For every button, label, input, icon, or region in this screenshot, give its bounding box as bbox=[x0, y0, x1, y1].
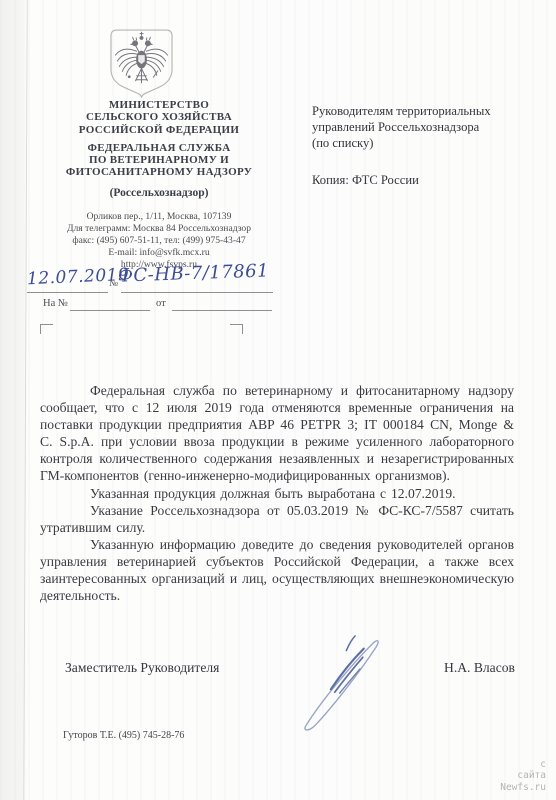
handwritten-signature bbox=[296, 631, 388, 733]
recipient-line: управлений Россельхознадзора bbox=[312, 119, 532, 135]
recipient-block: Руководителям территориальных управлений… bbox=[312, 103, 532, 151]
service-name-line: ФИТОСАНИТАРНОМУ НАДЗОРУ bbox=[30, 166, 288, 178]
org-short-name: (Россельхознадзор) bbox=[30, 187, 288, 199]
body-paragraph: Указанная продукция должная быть выработ… bbox=[40, 485, 514, 502]
site-watermark: с сайта Newfs.ru bbox=[500, 759, 546, 794]
reply-number-blank-line bbox=[70, 310, 150, 311]
ministry-name-line: РОССИЙСКОЙ ФЕДЕРАЦИИ bbox=[30, 124, 288, 136]
handwritten-letter-number: ФС-НВ-7/17861 bbox=[118, 260, 270, 286]
reply-date-blank-line bbox=[172, 310, 272, 311]
org-telegram-line: Для телеграмм: Москва 84 Россельхознадзо… bbox=[30, 223, 288, 235]
scanned-letter-page: МИНИСТЕРСТВО СЕЛЬСКОГО ХОЗЯЙСТВА РОССИЙС… bbox=[0, 0, 556, 800]
date-underline bbox=[27, 292, 108, 293]
body-paragraph: Федеральная служба по ветеринарному и фи… bbox=[40, 382, 514, 485]
signer-position-title: Заместитель Руководителя bbox=[65, 660, 219, 676]
watermark-line: с bbox=[500, 759, 546, 771]
signer-name: Н.А. Власов bbox=[444, 660, 515, 676]
org-address-line: Орликов пер., 1/11, Москва, 107139 bbox=[30, 211, 288, 223]
address-zone-corner-mark-right bbox=[230, 324, 243, 334]
number-underline bbox=[121, 292, 273, 293]
copy-recipient-line: Копия: ФТС России bbox=[312, 173, 419, 188]
ministry-name-line: СЕЛЬСКОГО ХОЗЯЙСТВА bbox=[30, 111, 288, 123]
number-sign-label: № bbox=[109, 279, 118, 289]
scan-page-edge-line bbox=[23, 0, 27, 800]
org-email-line: E-mail: info@svfk.mcx.ru bbox=[30, 247, 288, 259]
recipient-line: (по списку) bbox=[312, 135, 532, 151]
address-zone-corner-mark-left bbox=[40, 324, 53, 334]
executor-contact-line: Гуторов Т.Е. (495) 745-28-76 bbox=[63, 730, 184, 741]
recipient-line: Руководителям территориальных bbox=[312, 103, 532, 119]
letter-body: Федеральная служба по ветеринарному и фи… bbox=[40, 382, 514, 604]
body-paragraph: Указание Россельхознадзора от 05.03.2019… bbox=[40, 502, 514, 536]
watermark-line: Newfs.ru bbox=[500, 782, 546, 794]
reply-to-number-label: На № bbox=[43, 298, 68, 309]
service-name-line: ФЕДЕРАЛЬНАЯ СЛУЖБА bbox=[30, 142, 288, 154]
ministry-name-line: МИНИСТЕРСТВО bbox=[30, 99, 288, 111]
reply-from-date-label: от bbox=[156, 298, 166, 309]
org-phone-fax-line: факс: (495) 607-51-11, тел: (499) 975-43… bbox=[30, 235, 288, 247]
watermark-line: сайта bbox=[500, 770, 546, 782]
body-paragraph: Указанную информацию доведите до сведени… bbox=[40, 536, 514, 604]
service-name-line: ПО ВЕТЕРИНАРНОМУ И bbox=[30, 154, 288, 166]
sender-org-block: МИНИСТЕРСТВО СЕЛЬСКОГО ХОЗЯЙСТВА РОССИЙС… bbox=[30, 99, 288, 271]
russian-coat-of-arms-icon bbox=[110, 29, 173, 98]
